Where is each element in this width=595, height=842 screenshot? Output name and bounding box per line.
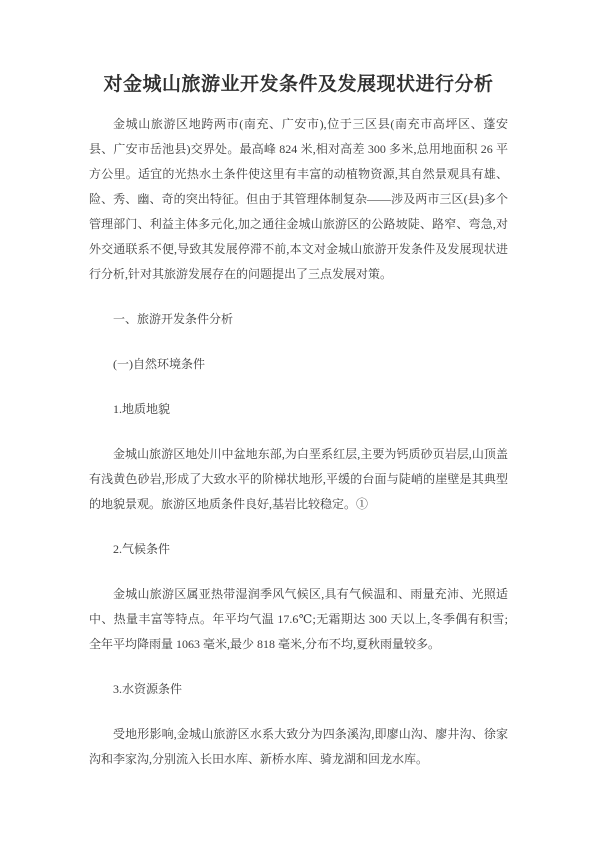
document-page: 对金城山旅游业开发条件及发展现状进行分析 金城山旅游区地跨两市(南充、广安市),… [0, 0, 595, 842]
topic-heading-water-resources: 3.水资源条件 [89, 677, 508, 702]
section-heading-development-conditions: 一、旅游开发条件分析 [89, 307, 508, 332]
topic-heading-geology: 1.地质地貌 [89, 397, 508, 422]
intro-paragraph: 金城山旅游区地跨两市(南充、广安市),位于三区县(南充市高坪区、蓬安县、广安市岳… [89, 112, 508, 287]
document-title: 对金城山旅游业开发条件及发展现状进行分析 [89, 70, 508, 100]
topic-heading-climate: 2.气候条件 [89, 537, 508, 562]
subsection-heading-natural-environment: (一)自然环境条件 [89, 352, 508, 377]
topic-paragraph-geology: 金城山旅游区地处川中盆地东部,为白垩系红层,主要为钙质砂页岩层,山顶盖有浅黄色砂… [89, 442, 508, 517]
topic-paragraph-climate: 金城山旅游区属亚热带湿润季风气候区,具有气候温和、雨量充沛、光照适中、热量丰富等… [89, 582, 508, 657]
topic-paragraph-water-resources: 受地形影响,金城山旅游区水系大致分为四条溪沟,即廖山沟、廖井沟、徐家沟和李家沟,… [89, 722, 508, 772]
